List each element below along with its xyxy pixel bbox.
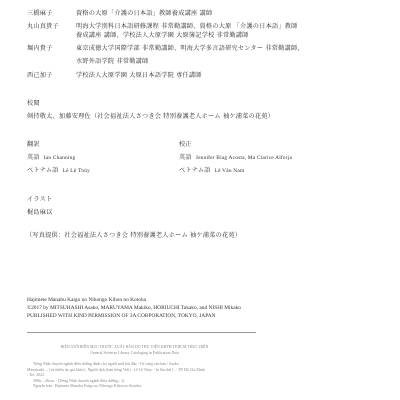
author-affiliation: 明海大学別科日本語研修課程 非常勤講師、資格の大原 「介護の日本語」教師 xyxy=(76,22,298,31)
author-name: 西己加子 xyxy=(27,71,76,80)
translation-heading: 翻訳 xyxy=(27,140,40,149)
language-label: ベトナム語 xyxy=(27,167,59,174)
cip-line: Nguyên bản : Hajimete Manabu Kaigo no Ni… xyxy=(27,384,242,390)
author-row: 西己加子 学校法人大原学園 大原日本語学院 専任講師 xyxy=(27,71,202,80)
copyright-notice: ©2017 by MITSUHASHI Asako, MARUYAMA Maki… xyxy=(27,305,241,313)
author-affiliation: 養成講座 講師、学校法人大原学園 大原簿記学校 非常勤講師 xyxy=(76,31,298,40)
author-row: 三橋麻子 資格の大原「介護の日本語」教師養成講座 講師 xyxy=(27,9,212,18)
proofreader-name: Jennifer Biag Acosta, Ma Clarice Alforja xyxy=(196,155,292,161)
language-label: ベトナム語 xyxy=(179,167,211,174)
supervision-text: 剣持敬太、加藤安理佐（社会福祉法人さつき会 特別養護老人ホーム 袖ケ浦菜の花苑） xyxy=(27,112,274,121)
supervision-heading: 校閲 xyxy=(27,99,40,108)
proofreading-entry: ベトナム語Lê Văn Nam xyxy=(179,166,244,176)
illustrator-name: 梶島麻以 xyxy=(27,208,53,217)
author-name: 三橋麻子 xyxy=(27,9,76,18)
author-affiliation: 資格の大原「介護の日本語」教師養成講座 講師 xyxy=(76,9,212,18)
original-title: Hajimete Manabu Kaigo no Nihongo Kihon n… xyxy=(27,297,241,305)
translation-entry: ベトナム語Lê Lệ Thủy xyxy=(27,166,90,176)
photo-credit: （写真提供：社会福祉法人さつき会 特別養護老人ホーム 袖ケ浦菜の花苑） xyxy=(26,231,241,240)
language-label: 英語 xyxy=(27,154,40,161)
illustration-heading: イラスト xyxy=(27,195,52,204)
cip-body: Tiếng Nhật chuyên ngành điều dưỡng dành … xyxy=(27,362,242,390)
translator-name: Lê Lệ Thủy xyxy=(63,168,90,174)
proofreading-entry: 英語Jennifer Biag Acosta, Ma Clarice Alfor… xyxy=(179,153,292,163)
author-row: 堀内貴子 東京成徳大学国際学部 非常勤講師、明海大学多言語研究センター 非常勤講… xyxy=(27,44,304,66)
author-name: 堀内貴子 xyxy=(27,44,76,66)
cip-title: BIÊN GIỚI BIÊN MỤC TRƯỚC XUẤT BẢN DO THƯ… xyxy=(27,345,242,351)
author-affiliation: 水野外語学院 非常勤講師 xyxy=(76,57,304,66)
author-affiliation: 東京成徳大学国際学部 非常勤講師、明海大学多言語研究センター 非常勤講師、 xyxy=(76,44,304,53)
language-label: 英語 xyxy=(179,154,192,161)
author-row: 丸山真貴子 明海大学別科日本語研修課程 非常勤講師、資格の大原 「介護の日本語」… xyxy=(27,22,298,40)
translator-name: Ian Channing xyxy=(44,155,76,161)
proofreader-name: Lê Văn Nam xyxy=(215,168,245,174)
author-affiliation: 学校法人大原学園 大原日本語学院 専任講師 xyxy=(76,71,202,80)
proofreading-heading: 校正 xyxy=(179,140,192,149)
translation-entry: 英語Ian Channing xyxy=(27,153,75,163)
cip-subtitle: General Sciences Library Cataloging in P… xyxy=(27,351,242,357)
copyright-block: Hajimete Manabu Kaigo no Nihongo Kihon n… xyxy=(27,297,241,320)
publisher-permission: PUBLISHED WITH KIND PERMISSION OF 3A COR… xyxy=(27,313,241,321)
author-name: 丸山真貴子 xyxy=(27,22,76,40)
divider xyxy=(27,332,256,333)
